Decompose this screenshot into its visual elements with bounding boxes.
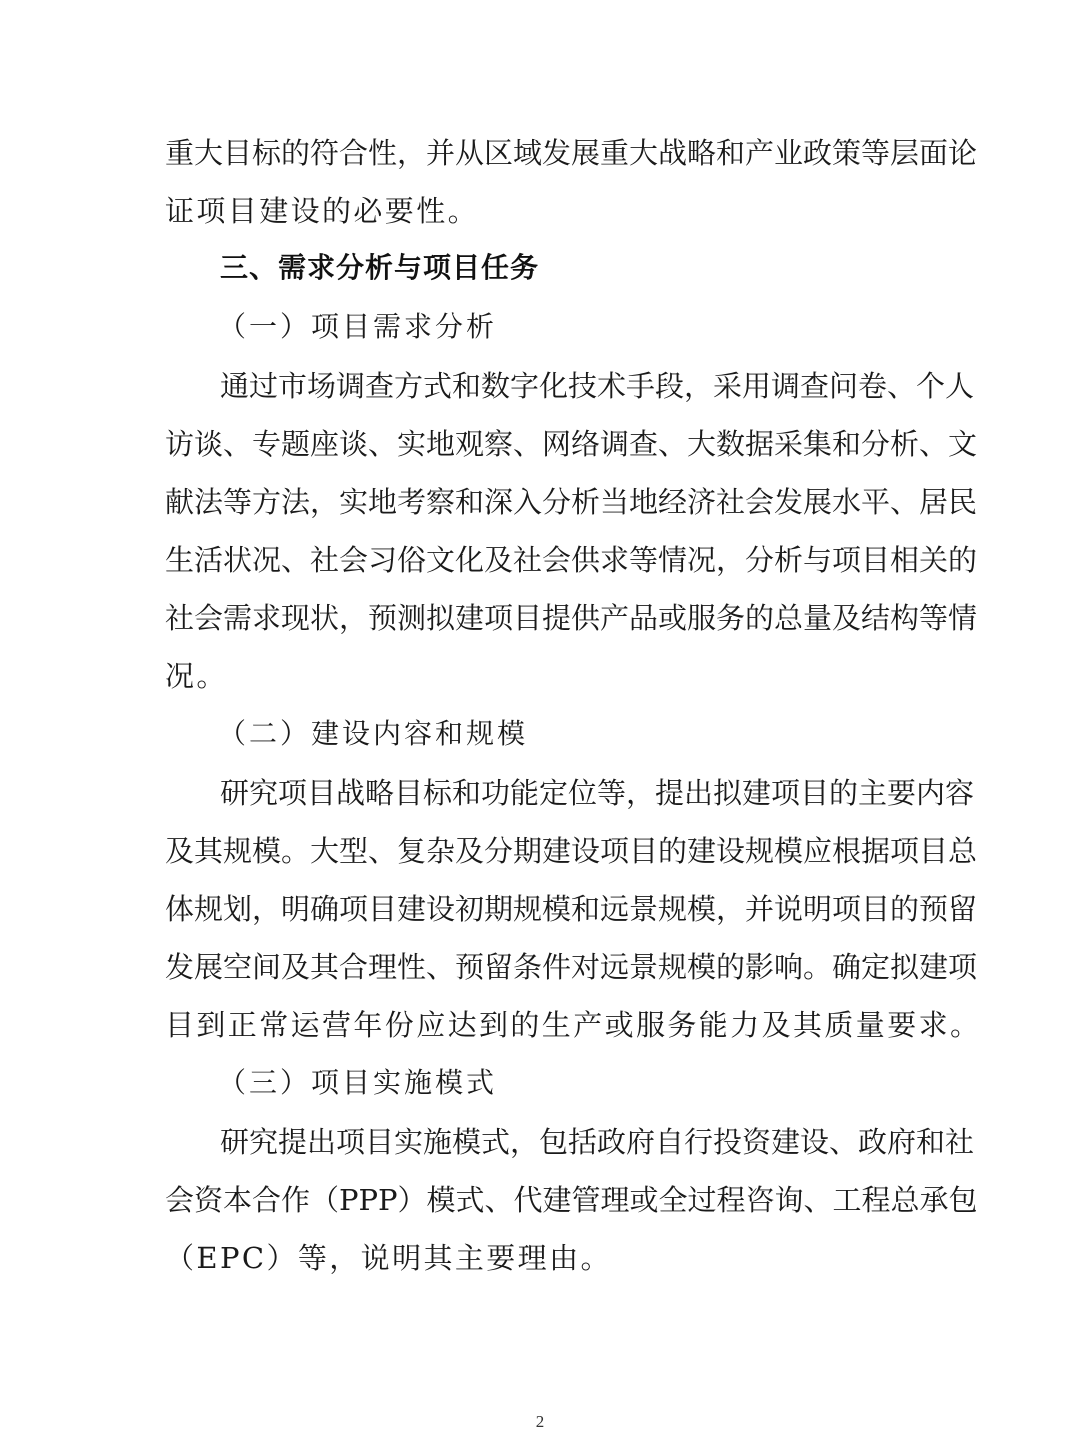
paragraph-line: 社会需求现状，预测拟建项目提供产品或服务的总量及结构等情 bbox=[165, 598, 915, 638]
paragraph-line: 目到正常运营年份应达到的生产或服务能力及其质量要求。 bbox=[165, 1005, 915, 1045]
paragraph-line: （EPC）等，说明其主要理由。 bbox=[165, 1238, 915, 1278]
paragraph-line: 体规划，明确项目建设初期规模和远景规模，并说明项目的预留 bbox=[165, 889, 915, 929]
paragraph-line: 生活状况、社会习俗文化及社会供求等情况，分析与项目相关的 bbox=[165, 540, 915, 580]
paragraph-line: 通过市场调查方式和数字化技术手段，采用调查问卷、个人 bbox=[220, 366, 915, 406]
paragraph-line: 发展空间及其合理性、预留条件对远景规模的影响。确定拟建项 bbox=[165, 947, 915, 987]
section-heading: 三、需求分析与项目任务 bbox=[220, 248, 539, 288]
paragraph-line: 况。 bbox=[165, 656, 915, 696]
paragraph-line: 会资本合作（PPP）模式、代建管理或全过程咨询、工程总承包 bbox=[165, 1180, 915, 1220]
paragraph-line: 献法等方法，实地考察和深入分析当地经济社会发展水平、居民 bbox=[165, 482, 915, 522]
page-number: 2 bbox=[0, 1412, 1080, 1432]
paragraph-line: 重大目标的符合性，并从区域发展重大战略和产业政策等层面论 bbox=[165, 133, 915, 173]
paragraph-line: 证项目建设的必要性。 bbox=[165, 191, 915, 231]
paragraph-line: 访谈、专题座谈、实地观察、网络调查、大数据采集和分析、文 bbox=[165, 424, 915, 464]
document-page: 重大目标的符合性，并从区域发展重大战略和产业政策等层面论 证项目建设的必要性。 … bbox=[0, 0, 1080, 1442]
paragraph-line: 研究提出项目实施模式，包括政府自行投资建设、政府和社 bbox=[220, 1122, 915, 1162]
subsection-heading: （三）项目实施模式 bbox=[218, 1063, 497, 1103]
paragraph-line: 研究项目战略目标和功能定位等，提出拟建项目的主要内容 bbox=[220, 773, 915, 813]
subsection-heading: （一）项目需求分析 bbox=[218, 307, 497, 347]
subsection-heading: （二）建设内容和规模 bbox=[218, 714, 528, 754]
paragraph-line: 及其规模。大型、复杂及分期建设项目的建设规模应根据项目总 bbox=[165, 831, 915, 871]
